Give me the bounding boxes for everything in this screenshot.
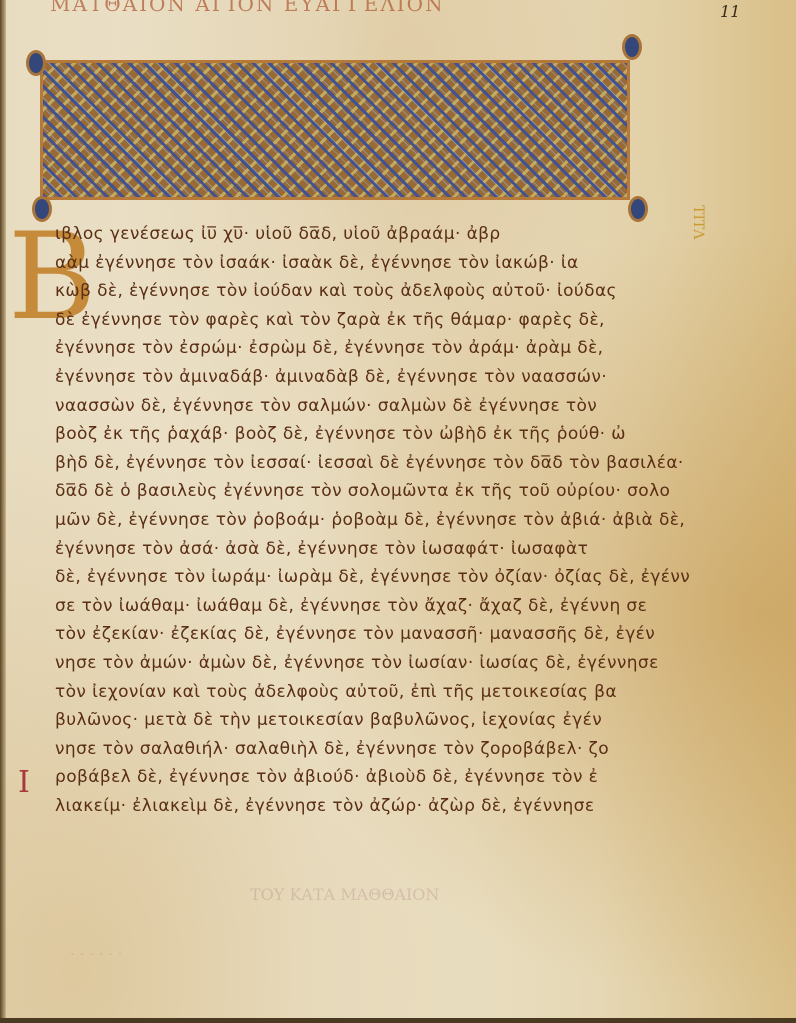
running-header: ΜΑΤΘΑΙΟΝ ΑΓΙΟΝ ΕΥΑΓΓΕΛΙΟΝ bbox=[50, 0, 445, 16]
text-line: σε τὸν ἰωάθαμ· ἰωάθαμ δὲ, ἐγέννησε τὸν ἄ… bbox=[55, 592, 655, 621]
text-line: τὸν ἰεχονίαν καὶ τοὺς ἀδελφοὺς αὐτοῦ, ἐπ… bbox=[55, 678, 655, 707]
page-edge-bottom bbox=[0, 1018, 796, 1023]
text-line: βοὸζ ἐκ τῆς ῥαχάβ· βοὸζ δὲ, ἐγέννησε τὸν… bbox=[55, 420, 655, 449]
bleed-through-text: ΤΟΥ ΚΑΤΑ ΜΑΘΘΑΙΟΝ bbox=[250, 885, 439, 904]
text-line: δὲ, ἐγέννησε τὸν ἰωράμ· ἰωρὰμ δὲ, ἐγέννη… bbox=[55, 563, 655, 592]
text-line: μῶν δὲ, ἐγέννησε τὸν ῥοβοάμ· ῥοβοὰμ δὲ, … bbox=[55, 506, 655, 535]
text-line: νησε τὸν σαλαθιήλ· σαλαθιὴλ δὲ, ἐγέννησε… bbox=[55, 735, 655, 764]
margin-note: ΤΙΤΛ bbox=[690, 205, 706, 239]
text-line: ἐγέννησε τὸν ἀσά· ἀσὰ δὲ, ἐγέννησε τὸν ἰ… bbox=[55, 535, 655, 564]
text-line: βὴδ δὲ, ἐγέννησε τὸν ἰεσσαί· ἰεσσαὶ δὲ ἐ… bbox=[55, 449, 655, 478]
text-line: δα̅δ δὲ ὁ βασιλεὺς ἐγέννησε τὸν σολομῶντ… bbox=[55, 477, 655, 506]
decorated-initial: Β bbox=[8, 218, 48, 338]
rubric-initial: Ι bbox=[18, 765, 30, 800]
text-column: ιβλος γενέσεως ἰυ̅ χυ̅· υἱοῦ δα̅δ, υἱοῦ … bbox=[55, 220, 655, 820]
text-line: λιακείμ· ἐλιακεὶμ δὲ, ἐγέννησε τὸν ἀζώρ·… bbox=[55, 792, 655, 821]
text-line: νησε τὸν ἀμών· ἀμὼν δὲ, ἐγέννησε τὸν ἰωσ… bbox=[55, 649, 655, 678]
text-line: ναασσὼν δὲ, ἐγέννησε τὸν σαλμών· σαλμὼν … bbox=[55, 392, 655, 421]
text-line: ἐγέννησε τὸν ἀμιναδάβ· ἀμιναδὰβ δὲ, ἐγέν… bbox=[55, 363, 655, 392]
text-line: κὼβ δὲ, ἐγέννησε τὸν ἰούδαν καὶ τοὺς ἀδε… bbox=[55, 277, 655, 306]
text-line: ιβλος γενέσεως ἰυ̅ χυ̅· υἱοῦ δα̅δ, υἱοῦ … bbox=[55, 220, 655, 249]
headpiece-finial-icon bbox=[26, 50, 46, 76]
headpiece-finial-icon bbox=[622, 34, 642, 60]
text-line: τὸν ἐζεκίαν· ἐζεκίας δὲ, ἐγέννησε τὸν μα… bbox=[55, 620, 655, 649]
illuminated-headpiece bbox=[40, 60, 630, 200]
text-line: δὲ ἐγέννησε τὸν φαρὲς καὶ τὸν ζαρὰ ἐκ τῆ… bbox=[55, 306, 655, 335]
bleed-through-text: · · · · · · bbox=[70, 945, 122, 963]
text-line: ροβάβελ δὲ, ἐγέννησε τὸν ἀβιούδ· ἀβιοὺδ … bbox=[55, 763, 655, 792]
headpiece-finial-icon bbox=[628, 196, 648, 222]
page-edge-left bbox=[0, 0, 6, 1023]
text-line: αὰμ ἐγέννησε τὸν ἰσαάκ· ἰσαὰκ δὲ, ἐγέννη… bbox=[55, 249, 655, 278]
text-line: ἐγέννησε τὸν ἐσρώμ· ἐσρὼμ δὲ, ἐγέννησε τ… bbox=[55, 334, 655, 363]
folio-number: 11 bbox=[720, 2, 740, 21]
text-line: βυλῶνος· μετὰ δὲ τὴν μετοικεσίαν βαβυλῶν… bbox=[55, 706, 655, 735]
